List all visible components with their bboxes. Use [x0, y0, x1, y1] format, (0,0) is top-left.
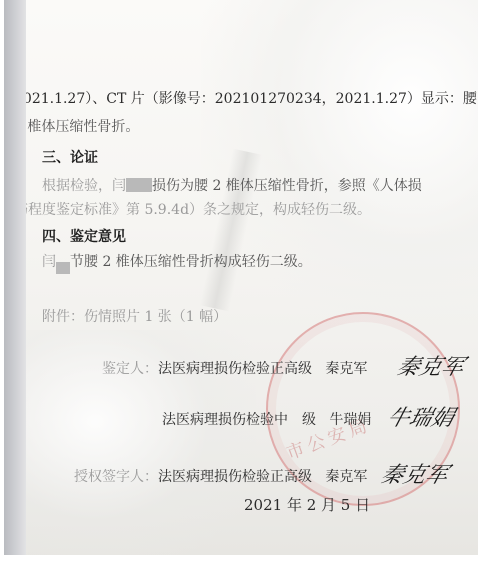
signature-row-1: 鉴定人：法医病理损伤检验正高级 秦克军 — [102, 358, 367, 378]
handwritten-signature: 秦克军 — [378, 458, 452, 489]
paper-fold-shadow — [200, 149, 263, 312]
signer-name: 秦克军 — [325, 469, 367, 485]
section-4-paragraph: 闫节腰 2 椎体压缩性骨折构成轻伤二级。 — [42, 251, 312, 274]
handwritten-signature: 牛瑞娟 — [384, 401, 458, 432]
section-4-text-b: 节腰 2 椎体压缩性骨折构成轻伤二级。 — [70, 254, 312, 270]
signature-row-3: 授权签字人：法医病理损伤检验正高级 秦克军 — [74, 466, 367, 486]
photo-border-bottom — [0, 555, 480, 565]
signer-name: 牛瑞娟 — [329, 412, 371, 428]
signature-row-2: 法医病理损伤检验中 级 牛瑞娟 — [162, 409, 371, 429]
section-3-paragraph-line-1: 根据检验，闫损伤为腰 2 椎体压缩性骨折，参照《人体损 — [42, 175, 422, 195]
signer-title: 法医病理损伤检验中 级 — [162, 412, 316, 428]
section-3-text-b: 损伤为腰 2 椎体压缩性骨折，参照《人体损 — [152, 178, 422, 194]
signer-title: 法医病理损伤检验正高级 — [158, 469, 312, 485]
photo-frame: 市公安局 2021.1.27）、CT 片（影像号：202101270234，20… — [0, 0, 480, 565]
section-4-heading: 四、鉴定意见 — [42, 226, 126, 246]
attachment-line: 附件：伤情照片 1 张（1 幅） — [42, 306, 227, 326]
section-3-text-a: 根据检验，闫 — [42, 178, 126, 194]
redacted-name-block — [126, 178, 152, 192]
signer-role-label: 授权签字人： — [74, 469, 158, 485]
signer-role-label: 鉴定人： — [102, 361, 158, 377]
redacted-name-block — [56, 262, 70, 274]
handwritten-signature: 秦克军 — [394, 350, 468, 381]
section-3-paragraph-line-2: 伤程度鉴定标准》第 5.9.4d）条之规定，构成轻伤二级。 — [26, 199, 371, 219]
signer-title: 法医病理损伤检验正高级 — [158, 361, 312, 377]
signer-name: 秦克军 — [325, 361, 367, 377]
section-4-text-a: 闫 — [42, 254, 56, 270]
body-line-1: 2021.1.27）、CT 片（影像号：202101270234，2021.1.… — [26, 88, 477, 108]
body-line-2: 2 椎体压缩性骨折。 — [26, 116, 139, 136]
paper-fold-highlight — [201, 0, 478, 330]
document-date: 2021 年 2 月 5 日 — [244, 494, 370, 515]
document-page: 市公安局 2021.1.27）、CT 片（影像号：202101270234，20… — [26, 0, 478, 555]
section-3-heading: 三、论证 — [42, 147, 98, 167]
page-edge-shadow — [4, 0, 28, 555]
